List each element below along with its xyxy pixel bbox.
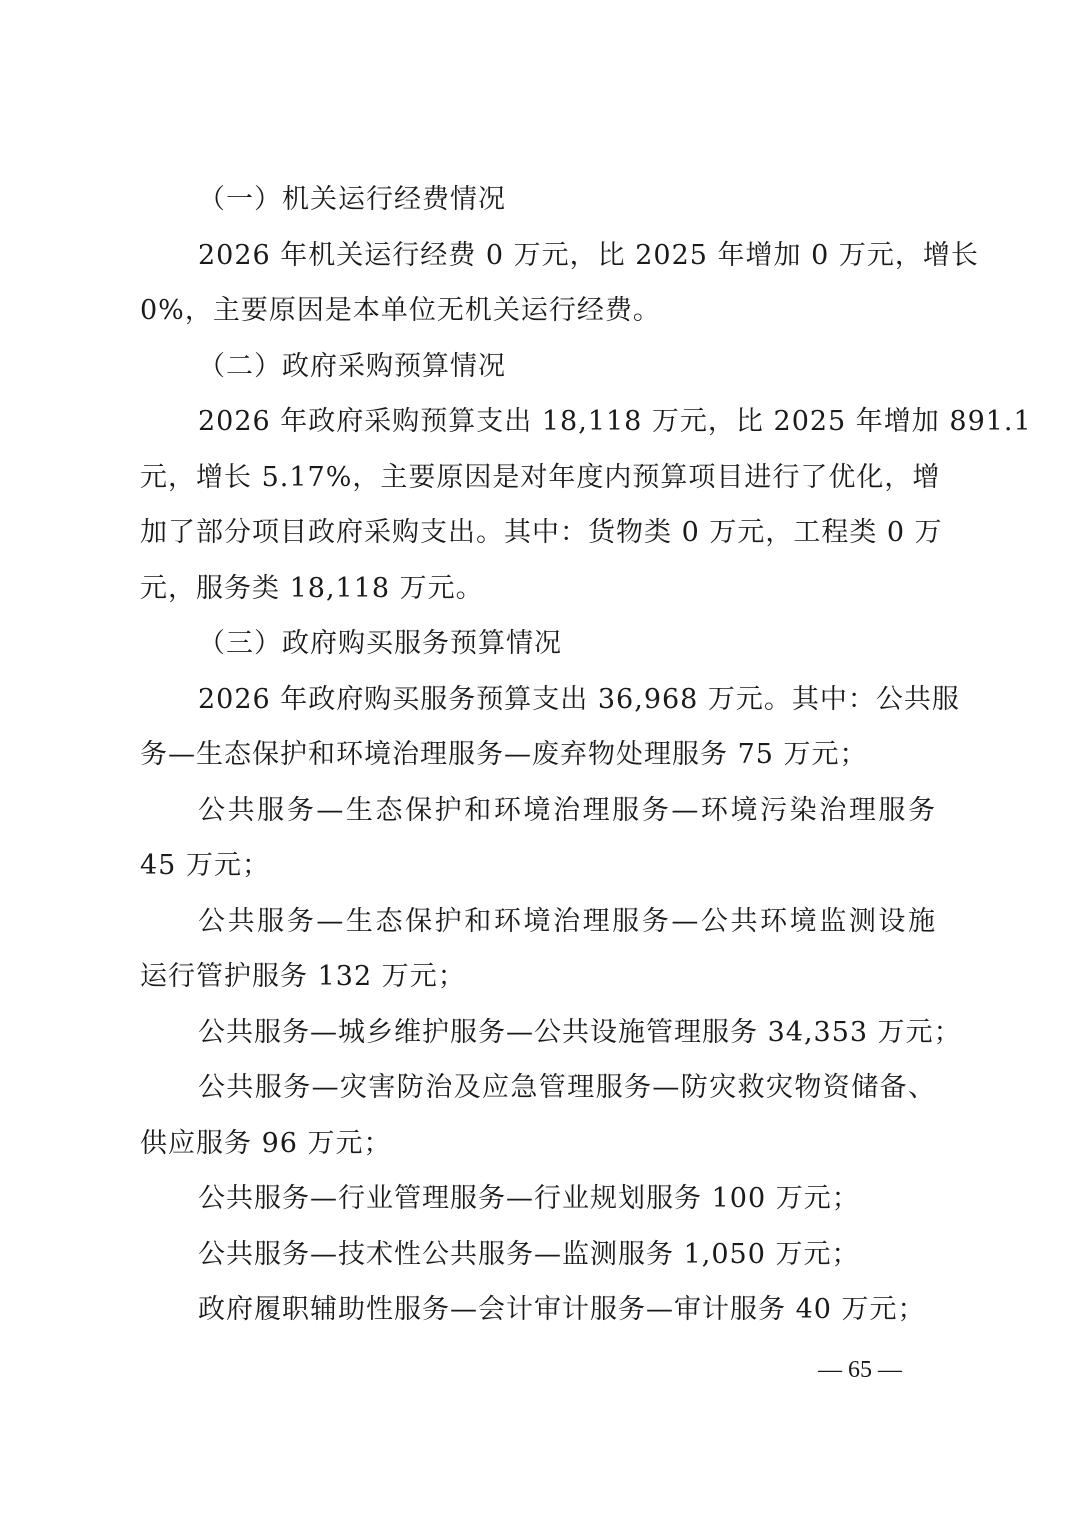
text-line: 2026 年机关运行经费 0 万元，比 2025 年增加 0 万元，增长 (140, 228, 936, 284)
text-line: 务—生态保护和环境治理服务—废弃物处理服务 75 万元； (140, 727, 936, 783)
text-line: 元，增长 5.17%，主要原因是对年度内预算项目进行了优化，增 (140, 450, 936, 506)
text-line: 公共服务—城乡维护服务—公共设施管理服务 34,353 万元； (140, 1005, 936, 1061)
text-line: 公共服务—灾害防治及应急管理服务—防灾救灾物资储备、 (140, 1060, 936, 1116)
section-heading: （一）机关运行经费情况 (140, 172, 936, 228)
text-line: 公共服务—生态保护和环境治理服务—公共环境监测设施 (140, 894, 936, 950)
text-line: 供应服务 96 万元； (140, 1116, 936, 1172)
text-line: 政府履职辅助性服务—会计审计服务—审计服务 40 万元； (140, 1282, 936, 1338)
text-line: 0%，主要原因是本单位无机关运行经费。 (140, 283, 936, 339)
page-number: — 65 — (818, 1357, 902, 1384)
text-line: 2026 年政府采购预算支出 18,118 万元，比 2025 年增加 891.… (140, 394, 936, 450)
section-heading: （二）政府采购预算情况 (140, 339, 936, 395)
section-heading: （三）政府购买服务预算情况 (140, 616, 936, 672)
text-line: 公共服务—行业管理服务—行业规划服务 100 万元； (140, 1171, 936, 1227)
text-line: 元，服务类 18,118 万元。 (140, 561, 936, 617)
text-line: 2026 年政府购买服务预算支出 36,968 万元。其中：公共服 (140, 672, 936, 728)
document-body: （一）机关运行经费情况2026 年机关运行经费 0 万元，比 2025 年增加 … (140, 172, 936, 1338)
text-line: 加了部分项目政府采购支出。其中：货物类 0 万元，工程类 0 万 (140, 505, 936, 561)
text-line: 公共服务—生态保护和环境治理服务—环境污染治理服务 (140, 783, 936, 839)
text-line: 45 万元； (140, 838, 936, 894)
text-line: 运行管护服务 132 万元； (140, 949, 936, 1005)
text-line: 公共服务—技术性公共服务—监测服务 1,050 万元； (140, 1227, 936, 1283)
